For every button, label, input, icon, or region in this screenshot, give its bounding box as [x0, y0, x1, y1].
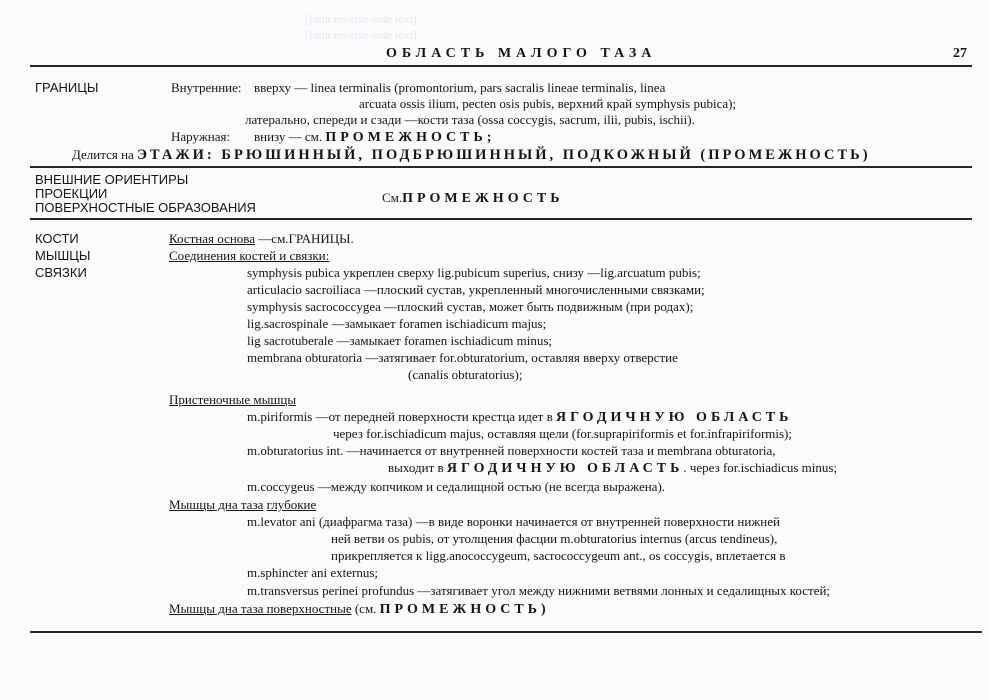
footer-rule [30, 631, 982, 633]
levator-line: ней ветви os pubis, от утолщения фасции … [331, 531, 777, 546]
deep-heading-b: глубокие [267, 497, 317, 512]
surface-structures-label: ПОВЕРХНОСТНЫЕ ОБРАЗОВАНИЯ [35, 201, 256, 215]
see-prefix: См. [382, 190, 402, 205]
obturator-suffix: . через for.ischiadicus minus; [683, 460, 837, 475]
outer-border-prefix: внизу — см. [254, 129, 322, 144]
superficial-prefix: (см. [352, 601, 380, 616]
piriformis-line-2: через for.ischiadicum majus, оставляя ще… [333, 426, 792, 441]
bone-base-text: —см.ГРАНИЦЫ. [255, 231, 354, 246]
joint-item-continuation: (canalis obturatorius); [408, 367, 522, 382]
document-page: [faint reverse-side text] [faint reverse… [0, 0, 989, 700]
inner-borders-label: Внутренние: [171, 80, 242, 95]
superficial-heading: Мышцы дна таза поверхностные [169, 601, 352, 616]
floors-prefix: Делится на [72, 147, 134, 162]
bleed-through-text: [faint reverse-side text] [305, 28, 417, 43]
deep-heading-a: Мышцы дна таза [169, 497, 263, 512]
piriformis-text: m.piriformis —от передней поверхности кр… [247, 409, 553, 424]
gluteal-region-reference: ЯГОДИЧНУЮ ОБЛАСТЬ [447, 461, 683, 476]
superficial-pelvic-floor-line: Мышцы дна таза поверхностные (см. ПРОМЕЖ… [169, 601, 550, 617]
gluteal-region-reference: ЯГОДИЧНУЮ ОБЛАСТЬ [556, 410, 792, 425]
outer-border-suffix: ; [487, 130, 496, 145]
joint-item: lig.sacrospinale —замыкает foramen ischi… [247, 316, 546, 331]
inner-borders-line: arcuata ossis ilium, pecten osis pubis, … [359, 96, 736, 111]
obturator-line: m.obturatorius int. —начинается от внутр… [247, 443, 776, 458]
floors-line: Делится на ЭТАЖИ: БРЮШИННЫЙ, ПОДБРЮШИННЫ… [72, 147, 871, 163]
bleed-through-text: [faint reverse-side text] [305, 12, 417, 27]
perineum-reference: ПРОМЕЖНОСТЬ [402, 191, 563, 206]
joint-item: symphysis sacrococcygea —плоский сустав,… [247, 299, 693, 314]
ligaments-label: СВЯЗКИ [35, 265, 87, 280]
joints-heading: Соединения костей и связки: [169, 248, 329, 263]
page-number: 27 [953, 46, 967, 61]
inner-borders-line: латерально, спереди и сзади —кости таза … [245, 112, 695, 127]
bones-label: КОСТИ [35, 231, 79, 246]
deep-pelvic-floor-heading: Мышцы дна таза глубокие [169, 497, 316, 512]
bone-base-heading: Костная основа [169, 231, 255, 246]
perineum-reference: ПРОМЕЖНОСТЬ [380, 602, 541, 617]
perineum-reference: ПРОМЕЖНОСТЬ [325, 130, 486, 145]
muscles-label: МЫШЦЫ [35, 248, 90, 263]
landmarks-see-reference: См.ПРОМЕЖНОСТЬ [382, 190, 563, 206]
parietal-muscles-heading: Пристеночные мышцы [169, 392, 296, 407]
page-title: ОБЛАСТЬ МАЛОГО ТАЗА [386, 46, 656, 61]
joint-item: membrana obturatoria —затягивает for.obt… [247, 350, 678, 365]
joint-item: articulacio sacroiliaca —плоский сустав,… [247, 282, 705, 297]
bone-base-line: Костная основа —см.ГРАНИЦЫ. [169, 231, 354, 246]
floors-text: ЭТАЖИ: БРЮШИННЫЙ, ПОДБРЮШИННЫЙ, ПОДКОЖНЫ… [137, 147, 871, 163]
coccygeus-line: m.coccygeus —между копчиком и седалищной… [247, 479, 665, 494]
superficial-suffix: ) [541, 602, 550, 617]
joint-item: symphysis pubica укреплен сверху lig.pub… [247, 265, 701, 280]
obturator-prefix: выходит в [388, 460, 444, 475]
inner-borders-line: вверху — linea terminalis (promontorium,… [254, 80, 665, 95]
levator-line: m.sphincter ani externus; [247, 565, 378, 580]
outer-border-line: внизу — см. ПРОМЕЖНОСТЬ; [254, 129, 495, 145]
projections-label: ПРОЕКЦИИ [35, 187, 107, 201]
levator-line: прикрепляется к ligg.anococcygeum, sacro… [331, 548, 786, 563]
landmarks-label: ВНЕШНИЕ ОРИЕНТИРЫ [35, 173, 188, 187]
obturator-line-2: выходит в ЯГОДИЧНУЮ ОБЛАСТЬ. через for.i… [388, 460, 837, 476]
outer-border-label: Наружная: [171, 129, 230, 144]
section-label-borders: ГРАНИЦЫ [35, 80, 98, 95]
transversus-line: m.transversus perinei profundus —затягив… [247, 583, 830, 598]
joint-item: lig sacrotuberale —замыкает foramen isch… [247, 333, 552, 348]
piriformis-line: m.piriformis —от передней поверхности кр… [247, 409, 792, 425]
levator-line: m.levator ani (диафрагма таза) —в виде в… [247, 514, 780, 529]
section-rule [30, 166, 972, 168]
header-rule [30, 65, 972, 67]
section-rule [30, 218, 972, 220]
